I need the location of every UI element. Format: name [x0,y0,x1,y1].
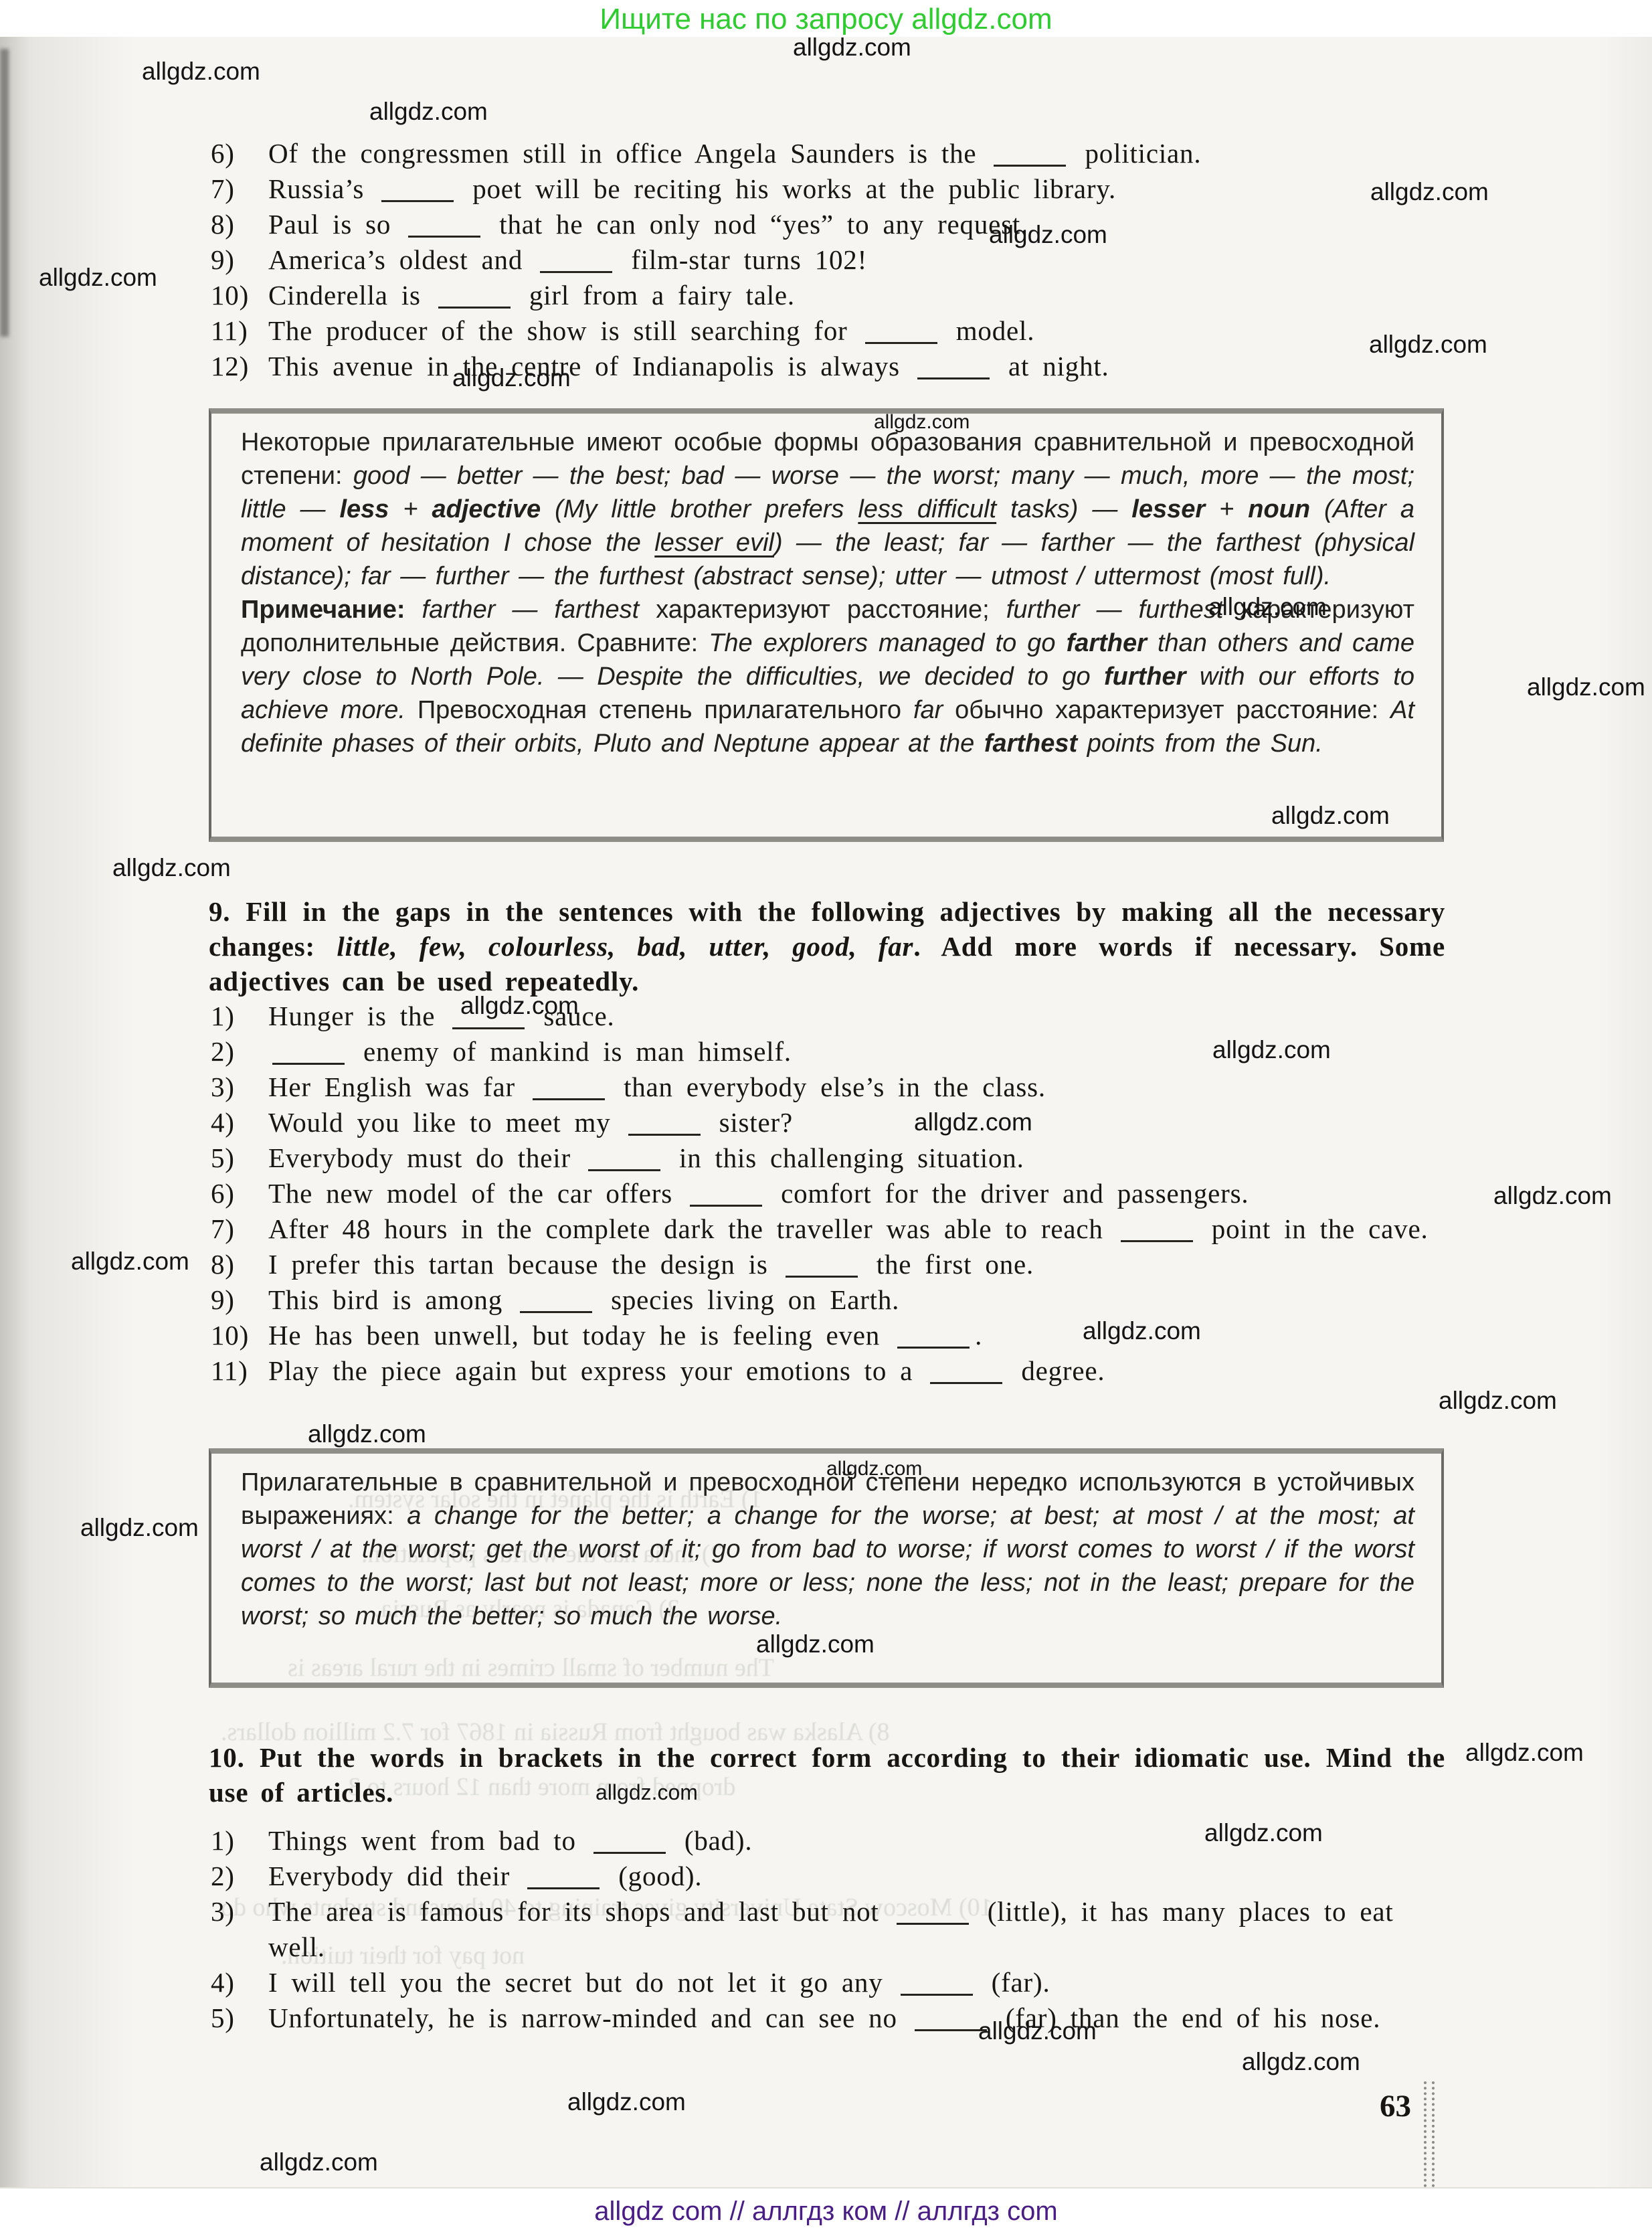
text-run: Примечание: [241,596,405,624]
item-number: 9) [211,1282,235,1318]
exercise-sentence: 5)Unfortunately, he is narrow-minded and… [211,2000,1445,2036]
text-run: further — furthest [1006,596,1241,624]
item-number: 7) [211,1211,235,1247]
text-run: a change for the better; a change for th… [241,1502,1414,1630]
footer-links: allgdz com // аллгдз ком // аллгдз com [0,2197,1652,2227]
exercise-sentence: 6)Of the congressmen still in office Ang… [211,136,1445,171]
text-run: farther [1067,629,1147,657]
item-number: 6) [211,136,235,171]
text-run: The explorers managed to go [709,629,1066,657]
watermark: allgdz.com [1527,673,1645,701]
watermark: allgdz.com [793,33,911,62]
fill-in-blank [628,1134,701,1136]
text-run: Превосходная степень прилагательного [418,696,913,724]
fill-in-blank [1121,1240,1193,1242]
watermark: allgdz.com [1369,331,1487,359]
note1-paragraph-1: Некоторые прилагательные имеют особые фо… [241,426,1414,593]
fill-in-blank [438,307,511,309]
text-run: points from the Sun. [1077,729,1323,758]
item-number: 12) [211,349,249,384]
watermark: allgdz.com [1208,593,1327,621]
text-run: further [1104,663,1186,691]
text-run: lesser evil [654,529,774,557]
exercise-sentence: 11)Play the piece again but express your… [211,1353,1445,1389]
exercise-sentence: 1)Hunger is the sauce. [211,999,1445,1034]
exercise-sentence: 3)Her English was far than everybody els… [211,1069,1445,1105]
watermark: allgdz.com [39,264,157,292]
item-number: 1) [211,999,235,1034]
exercise8-items: 6)Of the congressmen still in office Ang… [211,136,1445,384]
text-run: 10. Put the words in brackets in the cor… [209,1742,1445,1808]
exercise-sentence: 6)The new model of the car offers comfor… [211,1176,1445,1211]
watermark: allgdz.com [989,221,1107,249]
page-fold-shadow [0,37,141,2187]
exercise-sentence: 9)America’s oldest and film-star turns 1… [211,242,1445,278]
text-run: характеризуют расстояние; [656,596,1006,624]
watermark: allgdz.com [1204,1819,1323,1847]
exercise-sentence: 4)Would you like to meet my sister? [211,1105,1445,1140]
page-number: 63 [1380,2088,1411,2124]
watermark: allgdz.com [71,1248,189,1276]
page-edge-shadow [0,49,9,337]
watermark: allgdz.com [978,2017,1097,2045]
right-vignette [1598,37,1652,2187]
fill-in-blank [897,1923,969,1925]
exercise-sentence: 10)Cinderella is girl from a fairy tale. [211,278,1445,313]
watermark: allgdz.com [1271,802,1390,830]
text-run: far [913,696,955,724]
watermark: allgdz.com [1083,1317,1201,1345]
exercise10-heading: 10. Put the words in brackets in the cor… [209,1740,1445,1810]
text-run: adjective [432,495,541,523]
item-number: 3) [211,1069,235,1105]
text-run: обычно характеризует расстояние: [955,696,1390,724]
fill-in-blank [527,1887,600,1889]
text-run: less [339,495,389,523]
fill-in-blank [917,377,990,379]
exercise-sentence: 8)Paul is so that he can only nod “yes” … [211,207,1445,242]
watermark: allgdz.com [874,411,970,434]
watermark: allgdz.com [260,2148,378,2176]
item-number: 11) [211,1353,248,1389]
fill-in-blank [690,1205,762,1207]
watermark: allgdz.com [452,364,571,392]
fill-in-blank [915,2029,987,2031]
item-number: 8) [211,207,235,242]
note2-paragraph: Прилагательные в сравнительной и превосх… [241,1466,1414,1633]
grammar-note-box-1: Некоторые прилагательные имеют особые фо… [209,408,1444,842]
item-number: 2) [211,1859,235,1894]
exercise-sentence: 10)He has been unwell, but today he is f… [211,1318,1445,1353]
watermark: allgdz.com [112,854,231,882]
fill-in-blank [588,1169,660,1171]
fill-in-blank [786,1276,858,1278]
page: Ищите нас по запросу allgdz.com 1) Earth… [0,0,1652,2232]
item-number: 10) [211,278,249,313]
fill-in-blank [865,342,937,344]
item-number: 10) [211,1318,249,1353]
fill-in-blank [408,236,480,238]
exercise10-items: 1)Things went from bad to (bad).2)Everyb… [211,1823,1445,2036]
item-number: 7) [211,171,235,207]
text-run: farthest [984,729,1077,758]
watermark: allgdz.com [1370,178,1489,206]
text-run: less difficult [858,495,996,523]
fill-in-blank [381,200,454,202]
watermark: allgdz.com [914,1108,1032,1136]
promo-banner: Ищите нас по запросу allgdz.com [0,3,1652,36]
item-number: 8) [211,1247,235,1282]
exercise-sentence: 2)Everybody did their (good). [211,1859,1445,1894]
item-number: 9) [211,242,235,278]
item-number: 11) [211,313,248,349]
page-number-ornament [1424,2081,1435,2187]
text-run: farther — farthest [405,596,656,624]
watermark: allgdz.com [567,2088,686,2116]
text-run: noun [1248,495,1310,523]
watermark: allgdz.com [80,1514,199,1542]
watermark: allgdz.com [1212,1036,1331,1064]
exercise-sentence: 5)Everybody must do their in this challe… [211,1140,1445,1176]
watermark: allgdz.com [1242,2048,1360,2076]
watermark: allgdz.com [369,98,488,126]
exercise-sentence: 4)I will tell you the secret but do not … [211,1965,1445,2000]
text-run: tasks) — [996,495,1131,523]
watermark: allgdz.com [1493,1182,1612,1210]
item-number: 4) [211,1965,235,2000]
item-number: 2) [211,1034,235,1069]
fill-in-blank [540,271,612,273]
fill-in-blank [533,1098,605,1100]
watermark: allgdz.com [308,1420,426,1448]
item-number: 6) [211,1176,235,1211]
watermark: allgdz.com [756,1630,875,1658]
exercise-sentence: 12)This avenue in the centre of Indianap… [211,349,1445,384]
fill-in-blank [897,1347,970,1349]
item-number: 4) [211,1105,235,1140]
text-run: (My little brother prefers [541,495,858,523]
fill-in-blank [994,165,1066,167]
exercise-sentence: 9)This bird is among species living on E… [211,1282,1445,1318]
exercise-sentence: 7)After 48 hours in the complete dark th… [211,1211,1445,1247]
watermark: allgdz.com [826,1458,922,1480]
watermark: allgdz.com [460,992,579,1020]
text-run: little, few, colourless, bad, utter, goo… [337,931,913,962]
fill-in-blank [901,1994,973,1996]
exercise9-heading: 9. Fill in the gaps in the sentences wit… [209,894,1445,999]
fill-in-blank [452,1027,525,1029]
watermark: allgdz.com [142,58,260,86]
fill-in-blank [520,1311,592,1313]
fill-in-blank [593,1852,666,1854]
watermark: allgdz.com [1439,1387,1557,1415]
item-number: 1) [211,1823,235,1859]
fill-in-blank [930,1382,1002,1384]
watermark: allgdz.com [1465,1739,1584,1767]
item-number: 3) [211,1894,235,1929]
text-run: lesser [1131,495,1205,523]
text-run: + [1205,495,1248,523]
exercise-sentence: 7)Russia’s poet will be reciting his wor… [211,171,1445,207]
item-number: 5) [211,2000,235,2036]
exercise-sentence: 11)The producer of the show is still sea… [211,313,1445,349]
text-run: + [389,495,432,523]
item-number: 5) [211,1140,235,1176]
watermark: allgdz.com [595,1780,698,1805]
fill-in-blank [272,1063,345,1065]
exercise-sentence: 3)The area is famous for its shops and l… [211,1894,1445,1965]
exercise-sentence: 8)I prefer this tartan because the desig… [211,1247,1445,1282]
